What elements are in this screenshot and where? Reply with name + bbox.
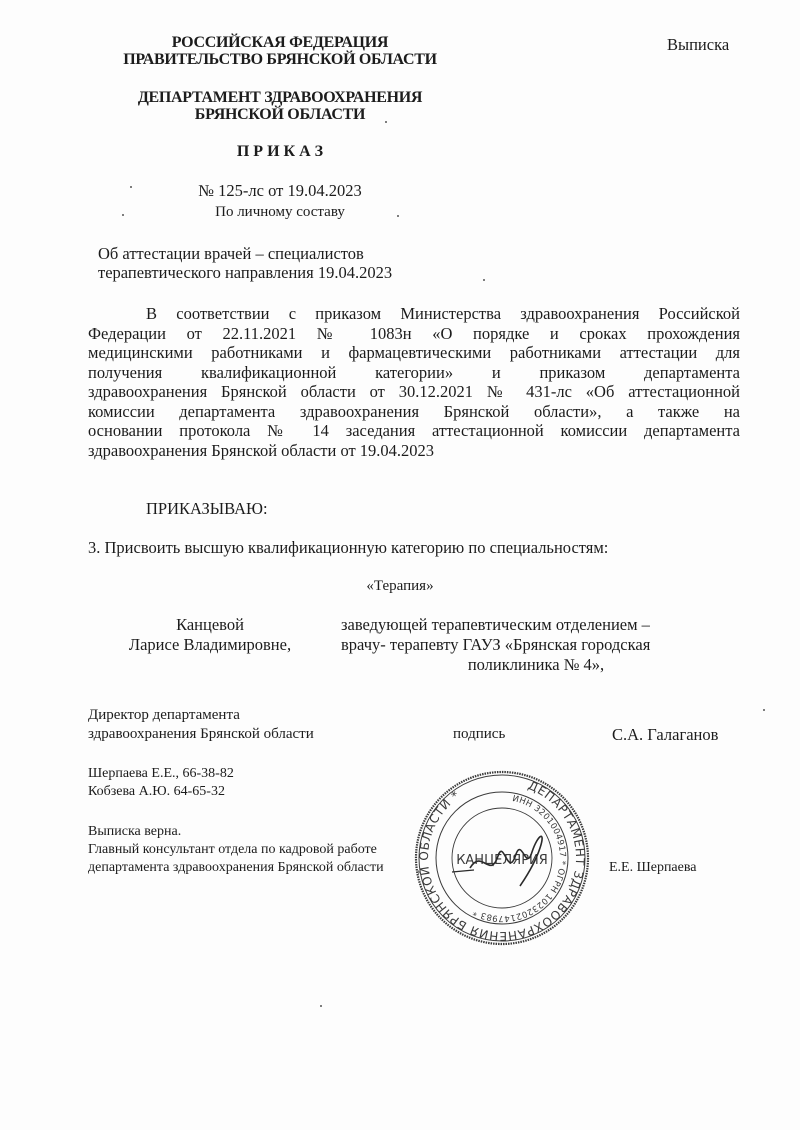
contact-line: Кобзева А.Ю. 64-65-32 bbox=[88, 784, 225, 800]
header-department-line1: ДЕПАРТАМЕНТ ЗДРАВООХРАНЕНИЯ bbox=[100, 89, 460, 106]
certifier-name: Е.Е. Шерпаева bbox=[609, 860, 697, 876]
preamble-line: получения квалификационной категории» и … bbox=[88, 363, 740, 383]
preamble-line: комиссии департамента здравоохранения Бр… bbox=[88, 402, 740, 422]
signature-placeholder: подпись bbox=[453, 726, 505, 743]
order-item: 3. Присвоить высшую квалификационную кат… bbox=[88, 538, 608, 557]
person-position-line1: заведующей терапевтическим отделением – bbox=[341, 615, 650, 634]
preamble-line: медицинскими работниками и фармацевтичес… bbox=[88, 343, 740, 363]
scan-speck-icon bbox=[122, 214, 124, 216]
signature-underline-icon bbox=[452, 870, 474, 872]
person-surname: Канцевой bbox=[110, 615, 310, 634]
specialty: «Терапия» bbox=[300, 578, 500, 595]
certification-line2: Главный консультант отдела по кадровой р… bbox=[88, 842, 377, 858]
preamble-paragraph: В соответствии с приказом Министерства з… bbox=[88, 304, 740, 460]
scan-speck-icon bbox=[483, 279, 485, 281]
scan-speck-icon bbox=[385, 121, 387, 123]
official-stamp-icon: ДЕПАРТАМЕНТ ЗДРАВООХРАНЕНИЯ БРЯНСКОЙ ОБЛ… bbox=[412, 768, 592, 948]
person-position-line3: поликлиника № 4», bbox=[341, 655, 731, 674]
preamble-line: В соответствии с приказом Министерства з… bbox=[88, 304, 740, 324]
signer-title-line2: здравоохранения Брянской области bbox=[88, 726, 314, 743]
scan-speck-icon bbox=[130, 186, 132, 188]
preamble-line: здравоохранения Брянской области от 19.0… bbox=[88, 441, 740, 461]
order-subject-line1: Об аттестации врачей – специалистов bbox=[98, 244, 364, 263]
order-title: П Р И К А З bbox=[100, 143, 460, 161]
scan-speck-icon bbox=[397, 215, 399, 217]
person-position-line2: врачу- терапевту ГАУЗ «Брянская городска… bbox=[341, 635, 650, 654]
extract-label: Выписка bbox=[667, 35, 729, 54]
contact-line: Шерпаева Е.Е., 66-38-82 bbox=[88, 766, 234, 782]
scan-speck-icon bbox=[320, 1005, 322, 1007]
certification-line3: департамента здравоохранения Брянской об… bbox=[88, 860, 384, 876]
header-government: ПРАВИТЕЛЬСТВО БРЯНСКОЙ ОБЛАСТИ bbox=[100, 51, 460, 68]
signer-name: С.А. Галаганов bbox=[612, 725, 718, 744]
header-department-line2: БРЯНСКОЙ ОБЛАСТИ bbox=[100, 106, 460, 123]
preamble-line: Федерации от 22.11.2021 № 1083н «О поряд… bbox=[88, 324, 740, 344]
preamble-line: здравоохранения Брянской области от 30.1… bbox=[88, 382, 740, 402]
preamble-line: основании протокола № 14 заседания аттес… bbox=[88, 421, 740, 441]
person-name: Ларисе Владимировне, bbox=[110, 635, 310, 654]
order-number: № 125-лс от 19.04.2023 bbox=[100, 181, 460, 200]
scan-speck-icon bbox=[763, 709, 765, 711]
header-country: РОССИЙСКАЯ ФЕДЕРАЦИЯ bbox=[100, 34, 460, 51]
order-category: По личному составу bbox=[100, 204, 460, 221]
order-word: ПРИКАЗЫВАЮ: bbox=[146, 499, 268, 518]
order-subject-line2: терапевтического направления 19.04.2023 bbox=[98, 263, 392, 282]
certification-line1: Выписка верна. bbox=[88, 824, 181, 840]
signer-title-line1: Директор департамента bbox=[88, 707, 240, 724]
